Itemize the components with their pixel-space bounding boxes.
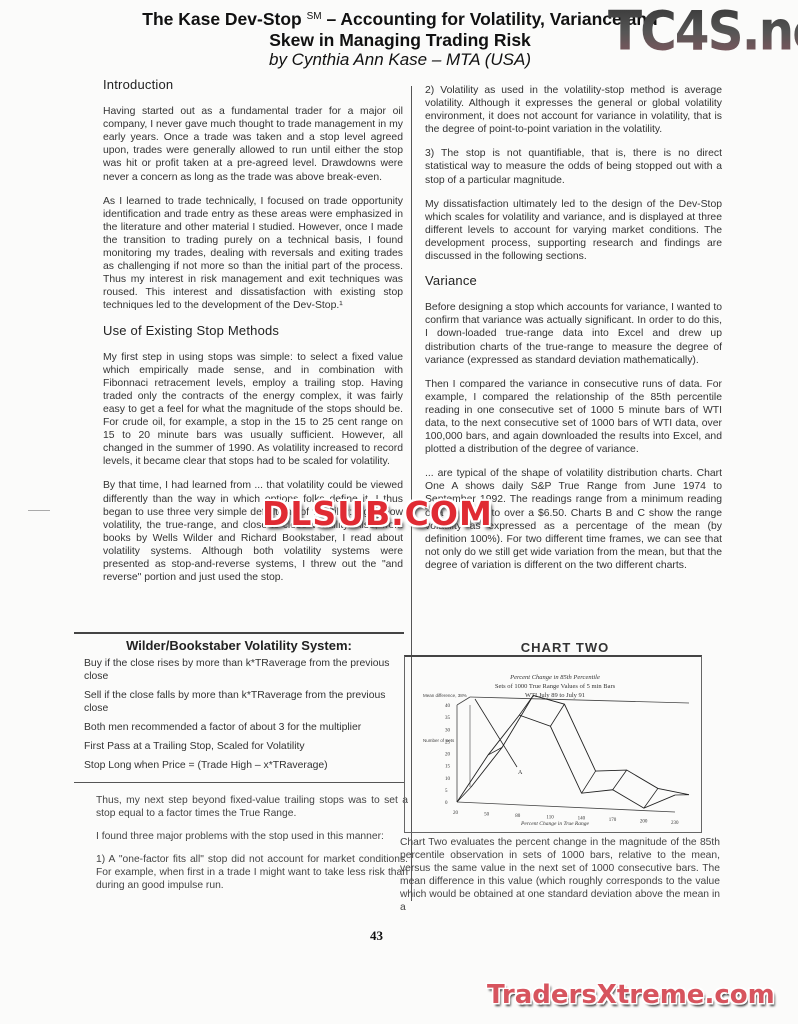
- chart-xlabel: Percent Change in True Range: [520, 821, 589, 827]
- scan-margin-mark: [28, 510, 50, 511]
- watermark-tradersxtreme: TradersXtreme.com: [487, 980, 775, 1010]
- section-heading-existing-stops: Use of Existing Stop Methods: [103, 324, 403, 337]
- svg-text:200: 200: [640, 820, 648, 825]
- box-item: Stop Long when Price = (Trade High – x*T…: [84, 759, 404, 772]
- svg-text:10: 10: [445, 777, 451, 782]
- chart-ylabel: Number of Sets: [423, 738, 455, 743]
- page-number: 43: [370, 928, 383, 944]
- watermark-tc4s: TC4S.net: [608, 0, 798, 63]
- box-item: First Pass at a Trailing Stop, Scaled fo…: [84, 740, 404, 753]
- paragraph: My dissatisfaction ultimately led to the…: [425, 198, 722, 263]
- series-front-line: [457, 715, 675, 808]
- svg-text:35: 35: [445, 716, 451, 721]
- paragraph: Before designing a stop which accounts f…: [425, 301, 722, 366]
- chart-caption: Chart Two evaluates the percent change i…: [400, 836, 720, 914]
- svg-text:50: 50: [484, 812, 490, 817]
- watermark-dlsub: DLSUB.COM: [262, 494, 493, 533]
- box-item: Buy if the close rises by more than k*TR…: [84, 657, 404, 683]
- svg-text:20: 20: [445, 753, 451, 758]
- section-heading-introduction: Introduction: [103, 78, 403, 91]
- svg-text:30: 30: [445, 728, 451, 733]
- box-item: Sell if the close falls by more than k*T…: [84, 689, 404, 715]
- svg-text:170: 170: [609, 818, 617, 823]
- paragraph: I found three major problems with the st…: [96, 830, 408, 843]
- box-heading: Wilder/Bookstaber Volatility System:: [74, 638, 404, 653]
- annotation-label: A: [518, 770, 523, 776]
- wilder-bookstaber-box: Wilder/Bookstaber Volatility System: Buy…: [74, 632, 404, 783]
- series-connectors: [457, 695, 689, 808]
- svg-text:20: 20: [453, 811, 459, 816]
- svg-text:5: 5: [445, 789, 448, 794]
- paragraph: My first step in using stops was simple:…: [103, 351, 403, 469]
- svg-text:80: 80: [515, 814, 521, 819]
- svg-text:15: 15: [445, 765, 451, 770]
- title-part: The Kase Dev-Stop: [142, 9, 301, 29]
- svg-text:40: 40: [445, 704, 451, 709]
- paragraph: 2) Volatility as used in the volatility-…: [425, 84, 722, 136]
- chart-subtitle: Sets of 1000 True Range Values of 5 min …: [495, 683, 616, 690]
- svg-text:110: 110: [546, 815, 554, 820]
- axis-corner: [457, 697, 470, 705]
- paragraph: Thus, my next step beyond fixed-value tr…: [96, 794, 408, 820]
- title-line-2: Skew in Managing Trading Risk: [269, 30, 531, 50]
- chart-heading: CHART TWO: [500, 640, 630, 655]
- section-heading-variance: Variance: [425, 274, 722, 287]
- paragraph: 1) A "one-factor fits all" stop did not …: [96, 853, 408, 892]
- paragraph: Then I compared the variance in consecut…: [425, 378, 722, 457]
- chart-two: Percent Change in 85th Percentile Sets o…: [404, 655, 702, 833]
- chart-title: Percent Change in 85th Percentile: [509, 674, 600, 681]
- left-column-lower: Thus, my next step beyond fixed-value tr…: [96, 794, 408, 902]
- paragraph: As I learned to trade technically, I foc…: [103, 195, 403, 313]
- svg-text:25: 25: [445, 740, 451, 745]
- paragraph: 3) The stop is not quantifiable, that is…: [425, 147, 722, 186]
- author-byline: by Cynthia Ann Kase – MTA (USA): [140, 50, 660, 70]
- y-axis-ticks: 0510152025303540: [445, 704, 451, 806]
- chart-svg: Percent Change in 85th Percentile Sets o…: [405, 657, 701, 832]
- paragraph: Having started out as a fundamental trad…: [103, 105, 403, 184]
- box-item: Both men recommended a factor of about 3…: [84, 721, 404, 734]
- service-mark: SM: [307, 11, 322, 22]
- paper-title: The Kase Dev-Stop SM – Accounting for Vo…: [140, 6, 660, 51]
- svg-text:230: 230: [671, 821, 679, 826]
- chart-corner-label: Mean difference, 38%: [423, 693, 467, 698]
- svg-text:0: 0: [445, 801, 448, 806]
